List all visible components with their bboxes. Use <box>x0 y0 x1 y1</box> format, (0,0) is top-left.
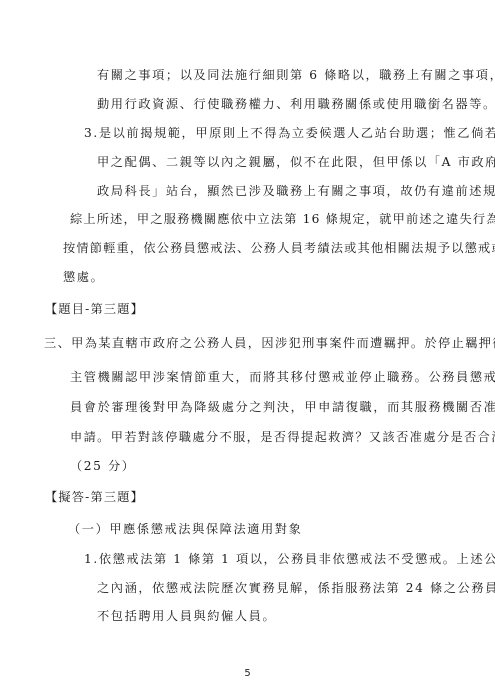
question-text: 申請。甲若對該停職處分不服，是否得提起救濟？又該否准處分是否合法？ <box>70 429 495 445</box>
page-number: 5 <box>0 668 495 679</box>
paragraph-line: 懲處。 <box>63 269 104 285</box>
question-points: （25 分） <box>70 458 136 474</box>
paragraph-line: 有關之事項；以及同法施行細則第 6 條略以，職務上有關之事項，指 <box>97 67 495 83</box>
list-item-1: 1.依懲戒法第 1 條第 1 項以，公務員非依懲戒法不受懲戒。上述公務員 <box>84 551 495 567</box>
paragraph-line: 按情節輕重，依公務員懲戒法、公務人員考績法或其他相關法規予以懲戒或 <box>63 240 495 256</box>
question-heading: 【題目-第三題】 <box>45 301 144 317</box>
paragraph-line: 動用行政資源、行使職務權力、利用職務關係或使用職銜名器等。 <box>97 96 495 112</box>
answer-subheading: （一）甲應係懲戒法與保障法適用對象 <box>68 521 302 537</box>
paragraph-line: 政局科長」站台，顯然已涉及職務上有關之事項，故仍有違前述規範。 <box>97 183 495 199</box>
list-item-3: 3.是以前揭規範，甲原則上不得為立委候選人乙站台助選；惟乙倘若為 <box>84 125 495 141</box>
document-page: 有關之事項；以及同法施行細則第 6 條略以，職務上有關之事項，指 動用行政資源、… <box>0 0 495 700</box>
question-text: 三、甲為某直轄市政府之公務人員，因涉犯刑事案件而遭羈押。於停止羈押後， <box>44 335 495 351</box>
paragraph-line: 之內涵，依懲戒法院歷次實務見解，係指服務法第 24 條之公務員，但 <box>97 580 495 596</box>
answer-heading: 【擬答-第三題】 <box>45 489 144 505</box>
conclusion-paragraph: 綜上所述，甲之服務機關應依中立法第 16 條規定，就甲前述之違失行為， <box>70 211 495 227</box>
paragraph-line: 甲之配偶、二親等以內之親屬，似不在此限，但甲係以「A 市政府民 <box>97 154 495 170</box>
question-text: 主管機關認甲涉案情節重大，而將其移付懲戒並停止職務。公務員懲戒委 <box>70 369 495 385</box>
question-text: 員會於審理後對甲為降級處分之判決，甲申請復職，而其服務機關否准其 <box>70 399 495 415</box>
paragraph-line: 不包括聘用人員與約僱人員。 <box>97 608 276 624</box>
